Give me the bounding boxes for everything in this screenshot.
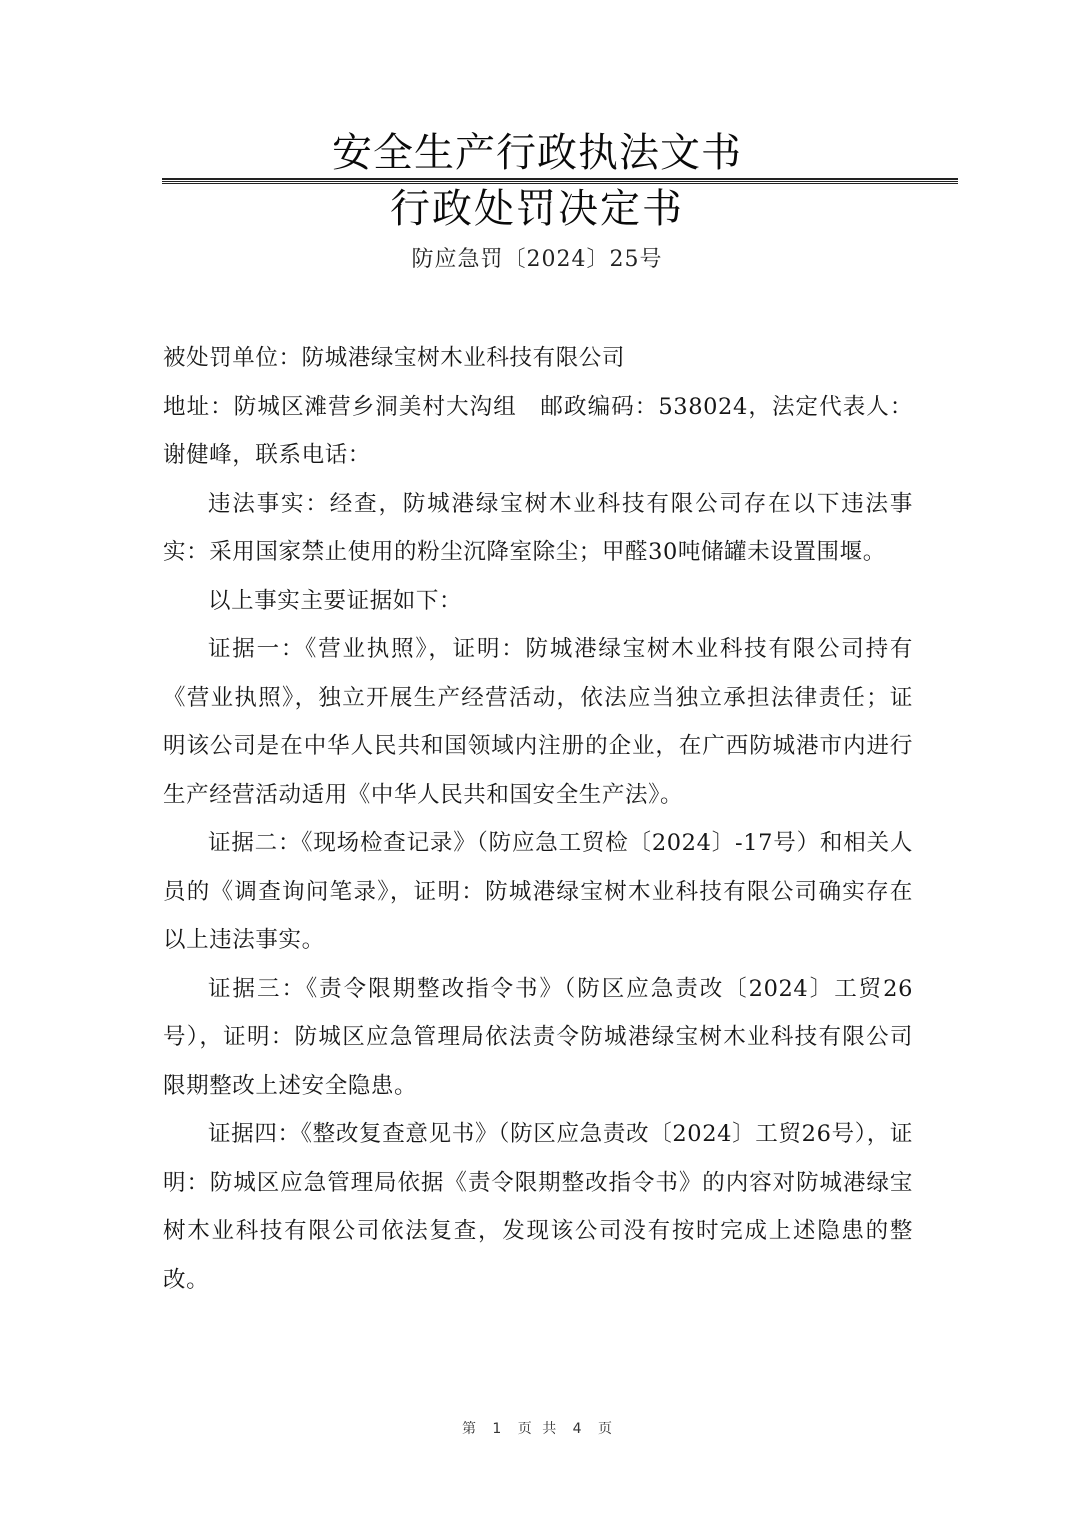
page-middle: 页 共 <box>518 1421 556 1437</box>
document-page: 安全生产行政执法文书 行政处罚决定书 防应急罚〔2024〕25号 被处罚单位：防… <box>0 0 1074 1520</box>
page-prefix: 第 <box>462 1421 476 1437</box>
evidence-item-2: 证据二：《现场检查记录》（防应急工贸检〔2024〕-17号）和相关人员的《调查询… <box>163 819 913 965</box>
violation-facts: 违法事实：经查，防城港绿宝树木业科技有限公司存在以下违法事实：采用国家禁止使用的… <box>163 480 913 577</box>
page-suffix: 页 <box>598 1421 612 1437</box>
document-number: 防应急罚〔2024〕25号 <box>0 242 1074 278</box>
evidence-item-4: 证据四：《整改复查意见书》（防区应急责改〔2024〕工贸26号），证明：防城区应… <box>163 1110 913 1304</box>
evidence-item-3: 证据三：《责令限期整改指令书》（防区应急责改〔2024〕工贸26号），证明：防城… <box>163 965 913 1111</box>
evidence-item-1: 证据一：《营业执照》，证明：防城港绿宝树木业科技有限公司持有《营业执照》，独立开… <box>163 625 913 819</box>
series-title: 安全生产行政执法文书 <box>0 128 1074 178</box>
document-title: 行政处罚决定书 <box>0 182 1074 236</box>
party-address: 地址：防城区滩营乡洞美村大沟组 邮政编码：538024，法定代表人：谢健峰，联系… <box>163 383 913 480</box>
evidence-intro: 以上事实主要证据如下： <box>163 577 913 626</box>
rule-line <box>162 178 958 180</box>
total-page-count: 4 <box>573 1421 582 1437</box>
document-body: 被处罚单位：防城港绿宝树木业科技有限公司 地址：防城区滩营乡洞美村大沟组 邮政编… <box>163 334 913 1304</box>
current-page-number: 1 <box>492 1421 501 1437</box>
penalized-party: 被处罚单位：防城港绿宝树木业科技有限公司 <box>163 334 913 383</box>
page-footer: 第 1 页 共 4 页 <box>0 1419 1074 1439</box>
